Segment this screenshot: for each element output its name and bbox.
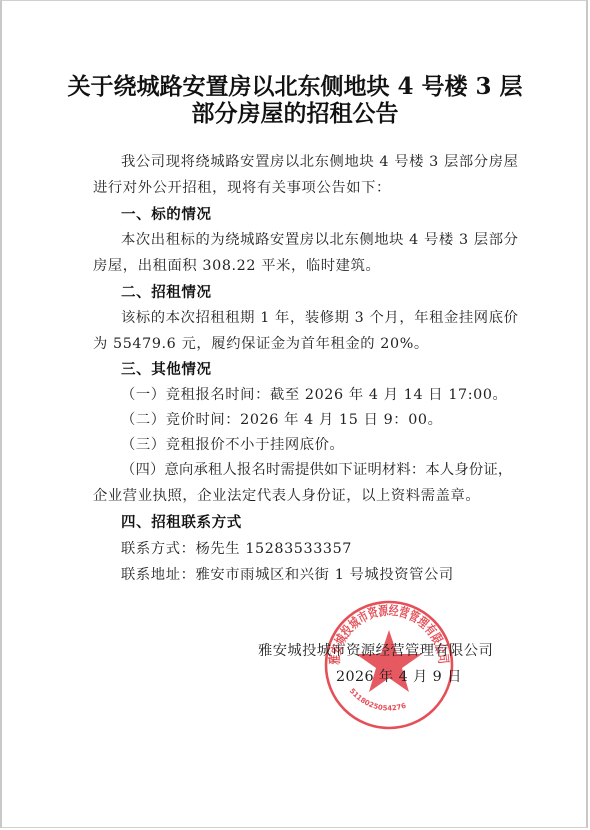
- contact-address-line: 联系地址：雅安市雨城区和兴街 1 号城投资管公司: [121, 564, 454, 584]
- document-title-line-2: 部分房屋的招租公告: [0, 95, 590, 128]
- section-3-line-2: （二）竞价时间：2026 年 4 月 15 日 9：00。: [121, 409, 443, 429]
- intro-line-2: 进行对外公开招租，现将有关事项公告如下：: [93, 177, 391, 197]
- svg-text:5118025054276: 5118025054276: [348, 687, 407, 712]
- signature-date: 2026 年 4 月 9 日: [336, 666, 462, 686]
- signature-company: 雅安城投城市资源经营管理有限公司: [258, 640, 493, 660]
- section-1-line-1: 本次出租标的为绕城路安置房以北东侧地块 4 号楼 3 层部分: [121, 229, 519, 249]
- section-1-line-2: 房屋，出租面积 308.22 平米，临时建筑。: [93, 255, 380, 275]
- section-2-line-2: 为 55479.6 元，履约保证金为首年租金的 20%。: [93, 333, 429, 353]
- official-seal-icon: 雅安城投城市资源经营管理有限公司 5118025054276: [322, 598, 456, 732]
- section-3-line-5: 企业营业执照，企业法定代表人身份证，以上资料需盖章。: [93, 485, 480, 505]
- section-heading-3: 三、其他情况: [121, 358, 212, 379]
- section-heading-2: 二、招租情况: [121, 281, 212, 302]
- section-heading-4: 四、招租联系方式: [121, 511, 242, 532]
- section-3-line-1: （一）竞租报名时间：截至 2026 年 4 月 14 日 17:00。: [121, 384, 507, 404]
- section-2-line-1: 该标的本次招租租期 1 年，装修期 3 个月，年租金挂网底价: [121, 307, 519, 327]
- contact-person-line: 联系方式：杨先生 15283533357: [121, 538, 352, 558]
- section-heading-1: 一、标的情况: [121, 203, 212, 224]
- intro-line-1: 我公司现将绕城路安置房以北东侧地块 4 号楼 3 层部分房屋: [121, 151, 519, 171]
- section-3-line-4: （四）意向承租人报名时需提供如下证明材料：本人身份证，: [121, 459, 512, 479]
- section-3-line-3: （三）竞租报价不小于挂网底价。: [121, 434, 344, 454]
